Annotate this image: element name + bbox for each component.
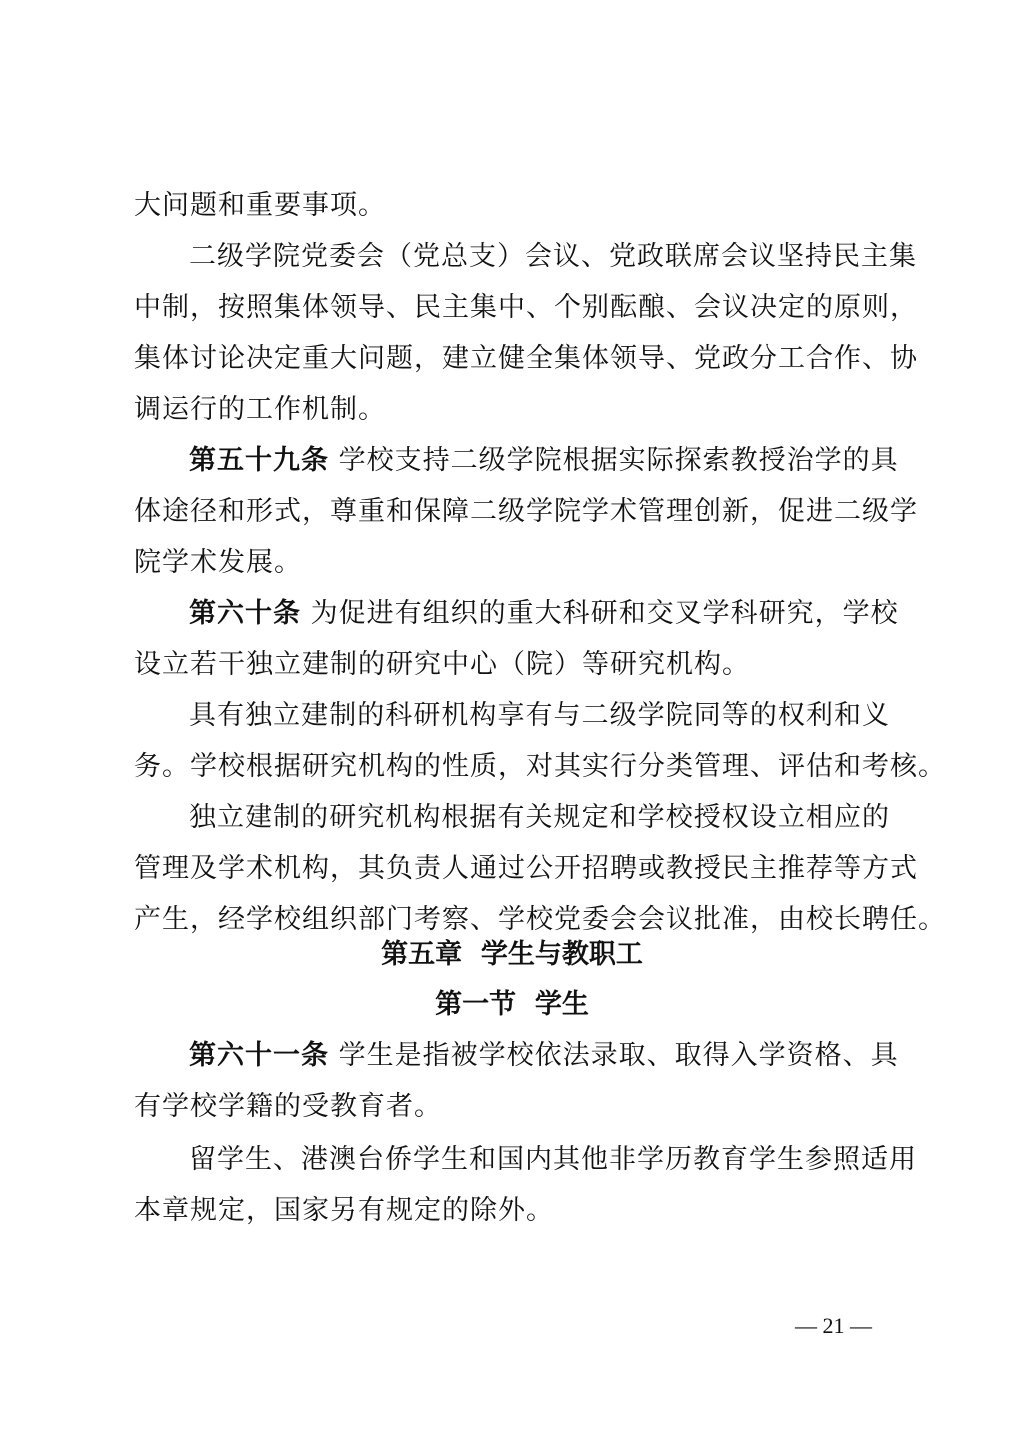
text-line: 留学生、港澳台侨学生和国内其他非学历教育学生参照适用 [134, 1140, 890, 1180]
text-line: 集体讨论决定重大问题，建立健全集体领导、党政分工合作、协 [134, 339, 890, 379]
article-text: 学生是指被学校依法录取、取得入学资格、具 [339, 1040, 899, 1071]
text-line: 院学术发展。 [134, 543, 890, 583]
text-line: 具有独立建制的科研机构享有与二级学院同等的权利和义 [134, 696, 890, 736]
text-line: 中制，按照集体领导、民主集中、个别酝酿、会议决定的原则， [134, 288, 890, 328]
article-59-line: 第五十九条 学校支持二级学院根据实际探索教授治学的具 [134, 441, 890, 481]
text-line: 产生，经学校组织部门考察、学校党委会会议批准，由校长聘任。 [134, 900, 890, 940]
page-number: — 21 — [795, 1313, 872, 1339]
text-line: 管理及学术机构，其负责人通过公开招聘或教授民主推荐等方式 [134, 849, 890, 889]
text-line: 设立若干独立建制的研究中心（院）等研究机构。 [134, 645, 890, 685]
chapter-title: 第五章 学生与教职工 [0, 935, 1024, 975]
text-line: 调运行的工作机制。 [134, 390, 890, 430]
section-title: 第一节 学生 [0, 985, 1024, 1025]
text-line: 二级学院党委会（党总支）会议、党政联席会议坚持民主集 [134, 237, 890, 277]
text-line: 本章规定，国家另有规定的除外。 [134, 1191, 890, 1231]
article-text: 为促进有组织的重大科研和交叉学科研究，学校 [311, 598, 899, 629]
text-line: 务。学校根据研究机构的性质，对其实行分类管理、评估和考核。 [134, 747, 890, 787]
text-line: 有学校学籍的受教育者。 [134, 1087, 890, 1127]
article-60-line: 第六十条 为促进有组织的重大科研和交叉学科研究，学校 [134, 594, 890, 634]
article-number: 第六十一条 [189, 1040, 329, 1071]
text-line: 体途径和形式，尊重和保障二级学院学术管理创新，促进二级学 [134, 492, 890, 532]
article-number: 第六十条 [189, 598, 301, 629]
text-line: 大问题和重要事项。 [134, 186, 890, 226]
article-text: 学校支持二级学院根据实际探索教授治学的具 [339, 445, 899, 476]
text-line: 独立建制的研究机构根据有关规定和学校授权设立相应的 [134, 798, 890, 838]
article-number: 第五十九条 [189, 445, 329, 476]
document-page: 大问题和重要事项。 二级学院党委会（党总支）会议、党政联席会议坚持民主集 中制，… [0, 0, 1024, 1448]
article-61-line: 第六十一条 学生是指被学校依法录取、取得入学资格、具 [134, 1036, 890, 1076]
